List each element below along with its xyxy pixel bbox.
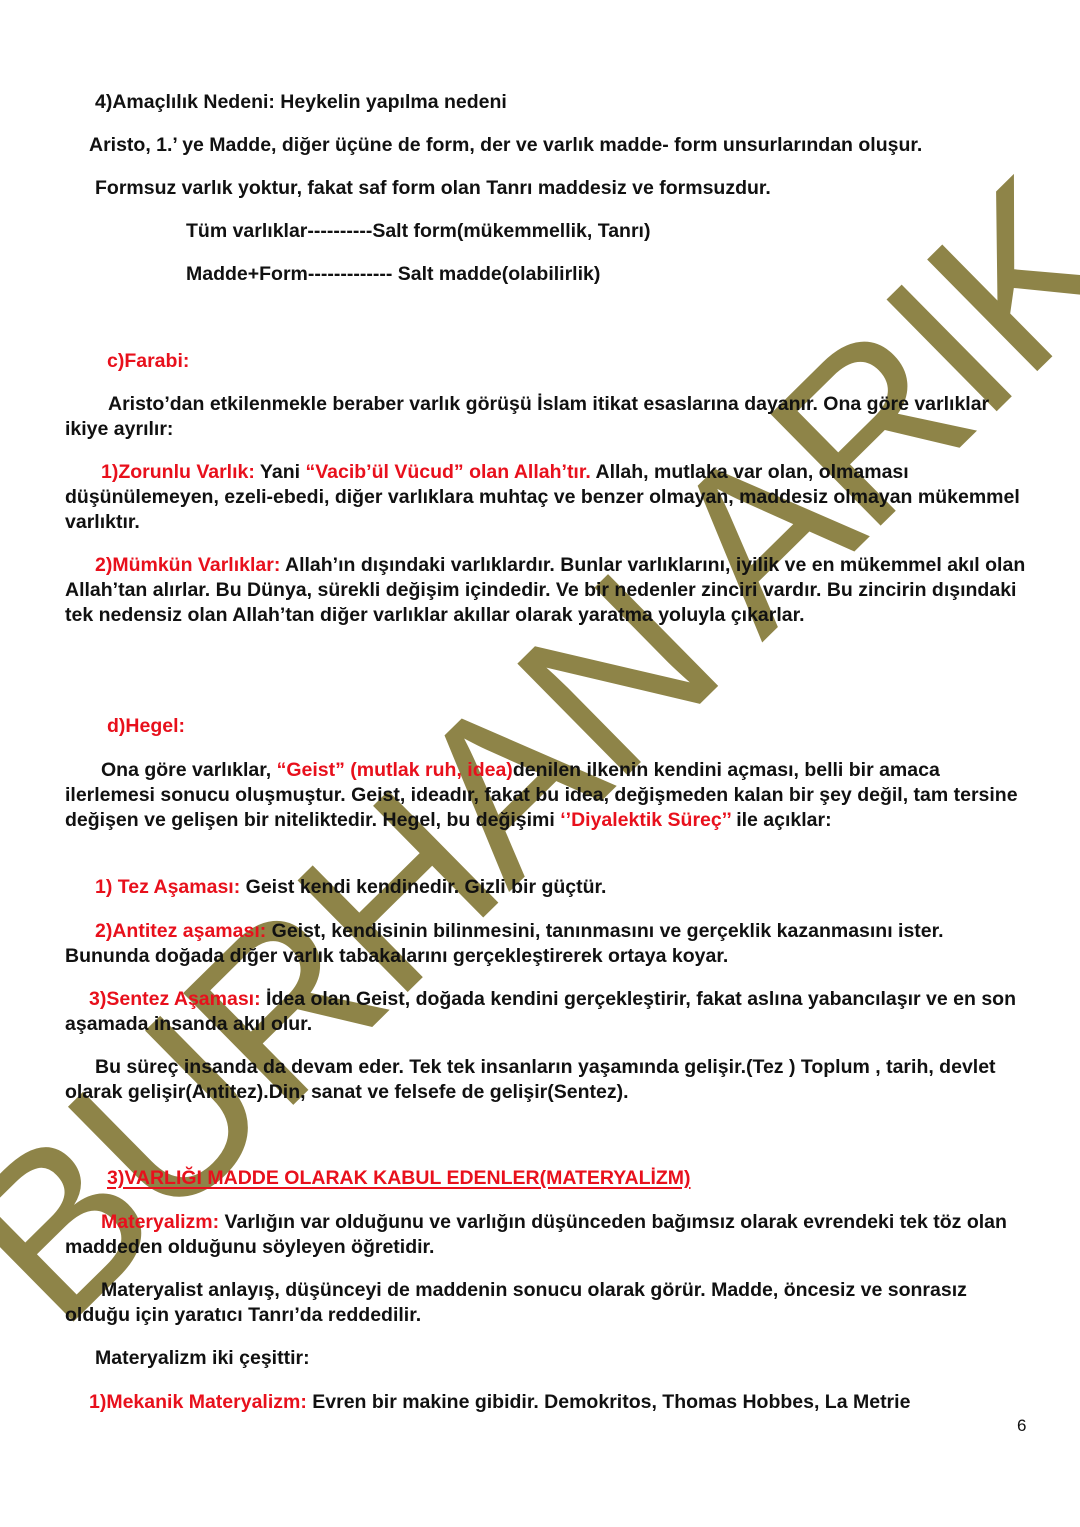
hegel-stage-synthesis: 3)Sentez Aşaması: İdea olan Geist, doğad… — [65, 987, 1030, 1037]
document-page: BURHAN ARIK 4)Amaçlılık Nedeni: Heykelin… — [0, 0, 1080, 1527]
materialism-view: Materyalist anlayış, düşünceyi de madden… — [65, 1278, 1030, 1328]
farabi-item-possible-beings: 2)Mümkün Varlıklar: Allah’ın dışındaki v… — [65, 553, 1030, 627]
hegel-stage-antithesis: 2)Antitez aşaması: Geist, kendisinin bil… — [65, 919, 1030, 969]
definition-label: Materyalizm: — [101, 1211, 219, 1233]
vacibul-vucud: “Vacib’ül Vücud” olan Allah’tır. — [305, 461, 590, 483]
materialism-type-mechanical: 1)Mekanik Materyalizm: Evren bir makine … — [89, 1390, 910, 1415]
hegel-stage-thesis: 1) Tez Aşaması: Geist kendi kendinedir. … — [65, 875, 1030, 900]
item-label: 2)Mümkün Varlıklar: — [95, 554, 280, 576]
geist-term: “Geist” (mutlak ruh, idea) — [277, 759, 513, 781]
materialism-heading: 3)VARLIĞI MADDE OLARAK KABUL EDENLER(MAT… — [107, 1166, 691, 1191]
materialism-definition: Materyalizm: Varlığın var olduğunu ve va… — [65, 1210, 1030, 1260]
farabi-heading: c)Farabi: — [107, 349, 189, 374]
item-label: 1)Zorunlu Varlık: — [101, 461, 255, 483]
type-label: 1)Mekanik Materyalizm: — [89, 1391, 307, 1413]
intro-line-formless: Formsuz varlık yoktur, fakat saf form ol… — [95, 176, 771, 201]
stage-label: 3)Sentez Aşaması: — [89, 988, 261, 1010]
hegel-intro: Ona göre varlıklar, “Geist” (mutlak ruh,… — [65, 758, 1030, 832]
intro-line-matter-form: Madde+Form------------- Salt madde(olabi… — [186, 262, 600, 287]
intro-line-aristo: Aristo, 1.’ ye Madde, diğer üçüne de for… — [89, 133, 922, 158]
intro-line-purpose-cause: 4)Amaçlılık Nedeni: Heykelin yapılma ned… — [95, 90, 507, 115]
dialectic-term: ‘’Diyalektik Süreç’’ — [560, 809, 731, 831]
intro-line-all-beings: Tüm varlıklar----------Salt form(mükemme… — [186, 219, 650, 244]
stage-label: 1) Tez Aşaması: — [95, 876, 240, 898]
materialism-types-intro: Materyalizm iki çeşittir: — [95, 1346, 310, 1371]
hegel-process: Bu süreç insanda da devam eder. Tek tek … — [65, 1055, 1030, 1105]
hegel-heading: d)Hegel: — [107, 714, 185, 739]
stage-label: 2)Antitez aşaması: — [95, 920, 266, 942]
farabi-intro: Aristo’dan etkilenmekle beraber varlık g… — [65, 392, 1030, 442]
farabi-item-necessary-being: 1)Zorunlu Varlık: Yani “Vacib’ül Vücud” … — [65, 460, 1030, 534]
page-number: 6 — [1017, 1416, 1026, 1436]
